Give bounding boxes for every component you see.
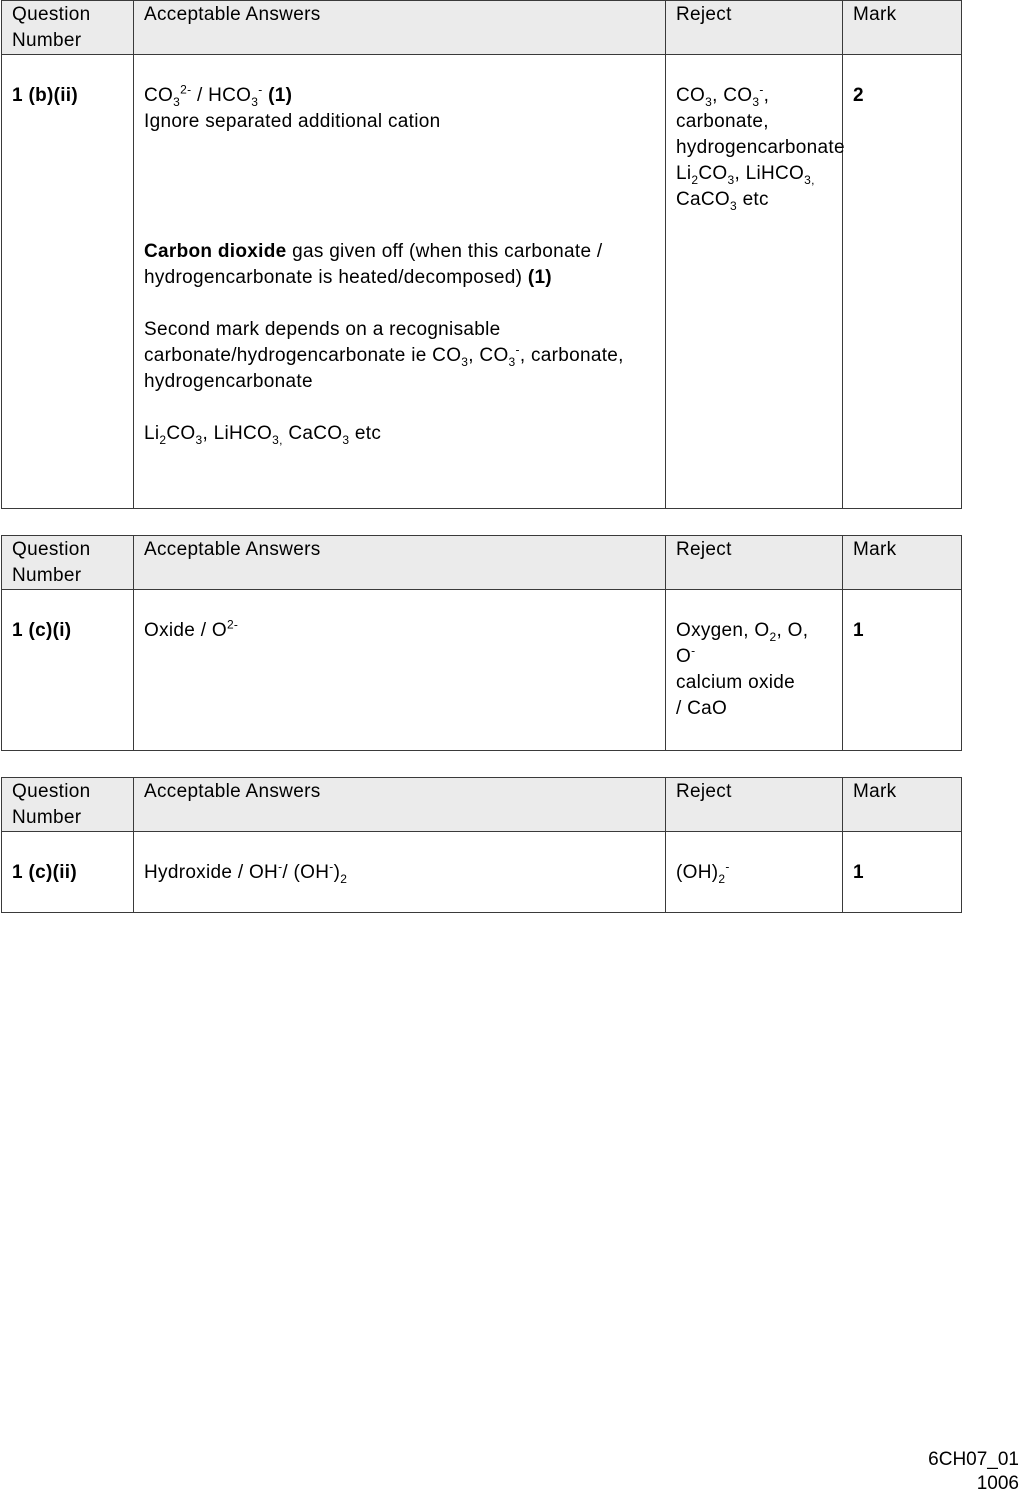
paper-code: 6CH07_01 bbox=[928, 1448, 1019, 1472]
reject-cell: (OH)2- bbox=[666, 832, 843, 913]
header-reject: Reject bbox=[666, 1, 843, 55]
answer-second-mark-note: Second mark depends on a recognisable ca… bbox=[144, 317, 655, 395]
page-number: 1006 bbox=[928, 1472, 1019, 1495]
mark-value: 2 bbox=[843, 55, 962, 509]
table-row: 1 (c)(i) Oxide / O2- Oxygen, O2, O, O- c… bbox=[2, 590, 962, 751]
header-acceptable-answers: Acceptable Answers bbox=[134, 778, 666, 832]
table-row: 1 (b)(ii) CO32- / HCO3- (1) Ignore separ… bbox=[2, 55, 962, 509]
mark-scheme-table-1c-ii: Question Number Acceptable Answers Rejec… bbox=[1, 777, 962, 913]
header-acceptable-answers: Acceptable Answers bbox=[134, 536, 666, 590]
question-number: 1 (c)(ii) bbox=[2, 832, 134, 913]
mark-scheme-table-1c-i: Question Number Acceptable Answers Rejec… bbox=[1, 535, 962, 751]
mark-value: 1 bbox=[843, 832, 962, 913]
table-header-row: Question Number Acceptable Answers Rejec… bbox=[2, 536, 962, 590]
mark-value: 1 bbox=[843, 590, 962, 751]
table-header-row: Question Number Acceptable Answers Rejec… bbox=[2, 778, 962, 832]
reject-cell: CO3, CO3-, carbonate, hydrogencarbonate … bbox=[666, 55, 843, 509]
table-row: 1 (c)(ii) Hydroxide / OH-/ (OH-)2 (OH)2-… bbox=[2, 832, 962, 913]
header-mark: Mark bbox=[843, 778, 962, 832]
acceptable-answers-cell: CO32- / HCO3- (1) Ignore separated addit… bbox=[134, 55, 666, 509]
page-footer: 6CH07_01 1006 bbox=[928, 1448, 1019, 1495]
acceptable-answers-cell: Hydroxide / OH-/ (OH-)2 bbox=[134, 832, 666, 913]
header-question-number: Question Number bbox=[2, 1, 134, 55]
header-mark: Mark bbox=[843, 536, 962, 590]
answer-note: Ignore separated additional cation bbox=[144, 109, 655, 135]
answer-examples: Li2CO3, LiHCO3, CaCO3 etc bbox=[144, 421, 655, 447]
header-mark: Mark bbox=[843, 1, 962, 55]
question-number: 1 (c)(i) bbox=[2, 590, 134, 751]
reject-cell: Oxygen, O2, O, O- calcium oxide / CaO bbox=[666, 590, 843, 751]
question-number: 1 (b)(ii) bbox=[2, 55, 134, 509]
acceptable-answers-cell: Oxide / O2- bbox=[134, 590, 666, 751]
mark-scheme-table-1b-ii: Question Number Acceptable Answers Rejec… bbox=[1, 0, 962, 509]
header-reject: Reject bbox=[666, 778, 843, 832]
header-reject: Reject bbox=[666, 536, 843, 590]
header-question-number: Question Number bbox=[2, 778, 134, 832]
header-question-number: Question Number bbox=[2, 536, 134, 590]
header-acceptable-answers: Acceptable Answers bbox=[134, 1, 666, 55]
answer-second-point: Carbon dioxide gas given off (when this … bbox=[144, 239, 655, 291]
answer-formula-line: CO32- / HCO3- (1) bbox=[144, 83, 655, 109]
table-header-row: Question Number Acceptable Answers Rejec… bbox=[2, 1, 962, 55]
